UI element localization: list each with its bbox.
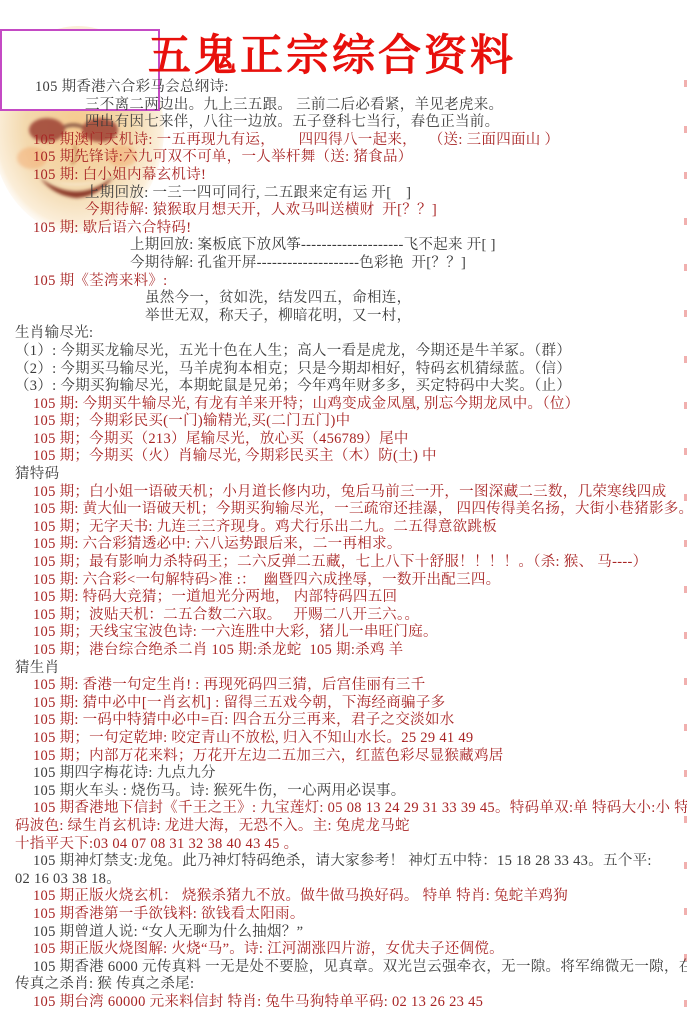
text-line-36: 105 期: 猜中必中[一肖玄机] : 留得三五戏今朝，下海经商骗子多 [0, 695, 687, 713]
text-line-51: 105 期香港 6000 元传真料 一无是处不要脸，见真章。双光岂云强牵衣，无一… [0, 959, 687, 977]
text-line-32: 105 期；天线宝宝波色诗: 一六连胜中大彩，猪儿一串旺门庭。 [0, 624, 687, 642]
text-line-29: 105 期: 六合彩<一句解特码>准 :： 幽暨四六成挫辱，一数开出配三四。 [0, 572, 687, 590]
text-line-19: 105 期: 今期买牛输尽光, 有龙有羊来开特；山鸡变成金凤凰, 别忘今期龙凤中… [0, 396, 687, 414]
text-line-35: 105 期: 香港一句定生肖! : 再现死码四三猜，后宫佳丽有三千 [0, 677, 687, 695]
text-line-5: 105 期先锋诗:六九可双不可单，一人举杆舞（送: 猪食品） [0, 149, 687, 167]
text-line-50: 105 期正版火烧图解: 火烧“马”。诗: 江河湖涨四片游，女优夫子还倜傥。 [0, 941, 687, 959]
text-line-52: 传真之杀肖: 猴 传真之杀尾: [0, 976, 687, 994]
text-line-24: 105 期；白小姐一语破天机；小月道长修内功，兔后马前三一开，一图深藏二三数，几… [0, 484, 687, 502]
text-line-3: 四出有因七来伴，八往一边放。五子登科七当行，春色正当前。 [0, 114, 687, 132]
text-line-18: （3）: 今期买狗输尽光，本期蛇鼠是兄弟；今年鸡年财多多，买定特码中大奖。（止） [0, 378, 687, 396]
text-line-13: 虽然今一，贫如洗，结发四五，命相连， [0, 290, 687, 308]
text-line-17: （2）: 今期买马输尽光，马羊虎狗本相克；只是今期却相好，特码玄机猜绿蓝。（信） [0, 361, 687, 379]
text-line-34: 猜生肖 [0, 660, 687, 678]
text-line-31: 105 期；波贴天机：二五合数二六取。 开赐二八开三六。。 [0, 607, 687, 625]
content-lines: 105 期香港六合彩马会总纲诗:三不离二两边出。九上三五跟。 三前二后必看紧，羊… [0, 79, 687, 1011]
text-line-30: 105 期: 特码大竞猜；一道旭光分两地， 内部特码四五回 [0, 589, 687, 607]
text-line-23: 猜特码 [0, 466, 687, 484]
text-line-28: 105 期；最有影响力杀特码王；二六反弹二五藏，七上八下十舒服！！！！。（杀: … [0, 554, 687, 572]
text-line-10: 上期回放: 案板底下放风筝--------------------飞不起来 开[… [0, 237, 687, 255]
text-line-6: 105 期: 白小姐内幕玄机诗! [0, 167, 687, 185]
text-line-48: 105 期香港第一手欲钱料: 欲钱看太阳雨。 [0, 906, 687, 924]
text-line-47: 105 期正版火烧玄机： 烧猴杀猪九不放。做牛做马换好码。 特单 特肖: 兔蛇羊… [0, 888, 687, 906]
text-line-14: 举世无双，称天子，柳暗花明，又一村， [0, 308, 687, 326]
text-line-37: 105 期: 一码中特猜中必中=百: 四合五分三再来，君子之交淡如水 [0, 712, 687, 730]
text-line-21: 105 期；今期买（213）尾输尽光，放心买（456789）尾中 [0, 431, 687, 449]
text-line-33: 105 期；港台综合绝杀二肖 105 期:杀龙蛇 105 期:杀鸡 羊 [0, 642, 687, 660]
text-line-9: 105 期: 歇后语六合特码! [0, 220, 687, 238]
text-line-25: 105 期: 黄大仙一语破天机；今期买狗输尽光，一三疏帘还挂瀑， 四四传得美名扬… [0, 501, 687, 519]
text-line-49: 105 期曾道人说: “女人无聊为什么抽烟？” [0, 924, 687, 942]
text-line-45: 105 期神灯禁支:龙兔。此乃神灯特码绝杀，请大家参考！ 神灯五中特：15 18… [0, 853, 687, 871]
text-line-16: （1）: 今期买龙输尽光，五光十色在人生；高人一看是虎龙，今期还是牛羊冢。（群） [0, 343, 687, 361]
text-line-8: 今期待解: 猿猴取月想天开，人欢马叫送横财 开[？？] [0, 202, 687, 220]
text-line-22: 105 期；今期买（火）肖输尽光, 今期彩民买主（木）防(土) 中 [0, 448, 687, 466]
text-line-53: 105 期台湾 60000 元来料信封 特肖: 兔牛马狗特单平码: 02 13 … [0, 994, 687, 1012]
text-line-12: 105 期《荃湾来料》: [0, 273, 687, 291]
text-line-44: 十指平天下:03 04 07 08 31 32 38 40 43 45 。 [0, 836, 687, 854]
text-line-39: 105 期；内部万花来料；万花开左边二五加三六，红蓝色彩尽显猴藏鸡居 [0, 748, 687, 766]
page: { "title": { "text": "五鬼正宗综合资料" }, "colo… [0, 0, 687, 1027]
text-line-7: 上期回放: 一三一四可同行, 二五跟来定有运 开[ ] [0, 185, 687, 203]
text-line-11: 今期待解: 孔雀开屏--------------------色彩艳 开[？？] [0, 255, 687, 273]
text-line-40: 105 期四字梅花诗: 九点九分 [0, 765, 687, 783]
text-line-38: 105 期；一句定乾坤: 咬定青山不放松, 归入不知山水长。25 29 41 4… [0, 730, 687, 748]
text-line-46: 02 16 03 38 18。 [0, 871, 687, 889]
text-line-41: 105 期火车头 : 烧伤马。诗: 猴死牛伤，一心两用必误事。 [0, 783, 687, 801]
text-line-26: 105 期；无字天书: 九连三三齐现身。鸡犬行乐出二九。二五得意欲跳板 [0, 519, 687, 537]
page-title: 五鬼正宗综合资料 [148, 22, 516, 83]
text-line-2: 三不离二两边出。九上三五跟。 三前二后必看紧，羊见老虎来。 [0, 97, 687, 115]
text-line-1: 105 期香港六合彩马会总纲诗: [0, 79, 687, 97]
text-line-43: 码波色: 绿生肖玄机诗: 龙进大海，无恐不入。主: 兔虎龙马蛇 [0, 818, 687, 836]
text-line-27: 105 期: 六合彩猜透必中: 六八运势跟后来，二一再相求。 [0, 536, 687, 554]
text-line-20: 105 期；今期彩民买(一门)输精光,买(二门五门)中 [0, 413, 687, 431]
text-line-4: 105 期澳门天机诗: 一五再现九有运， 四四得八一起来， （送: 三面四面山 … [0, 132, 687, 150]
text-line-42: 105 期香港地下信封《千王之王》: 九宝莲灯: 05 08 13 24 29 … [0, 800, 687, 818]
text-line-15: 生肖输尽光: [0, 325, 687, 343]
